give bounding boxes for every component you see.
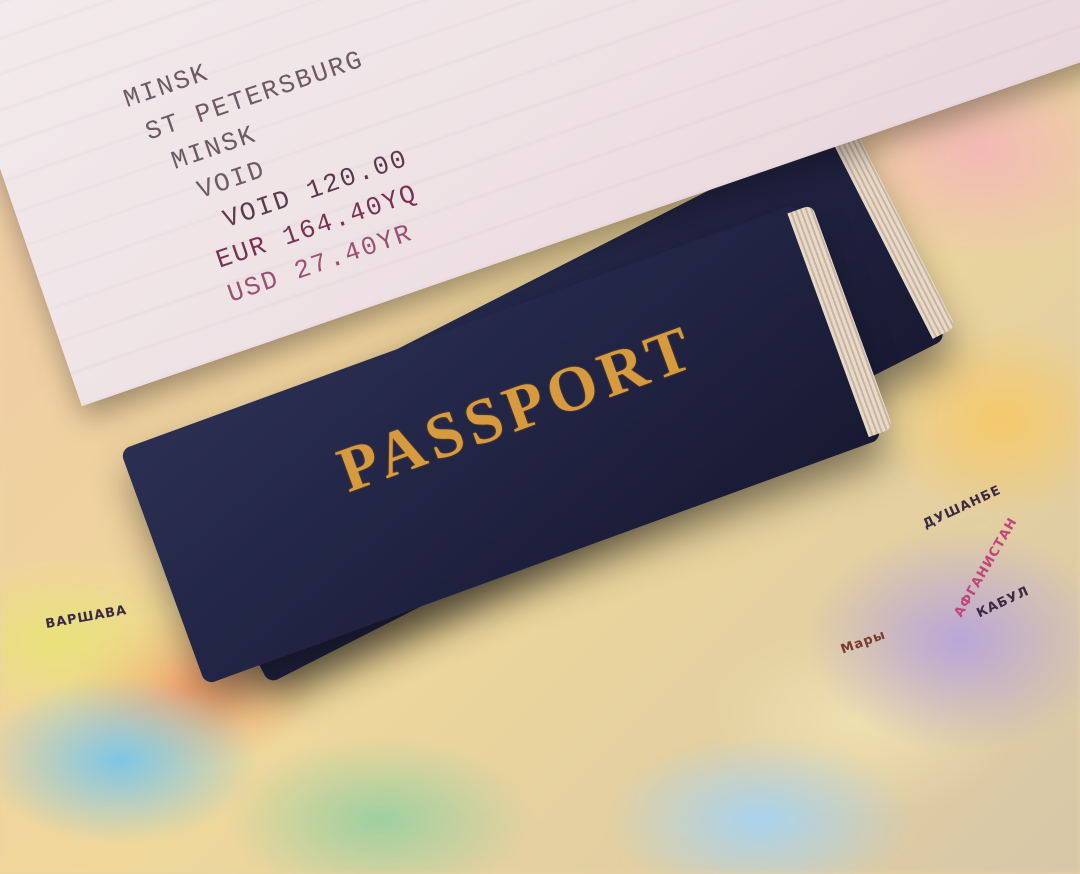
photo-scene: ВАРШАВА ДУШАНБЕ КАБУЛ АФГАНИСТАН Мары PA… — [0, 0, 1080, 874]
